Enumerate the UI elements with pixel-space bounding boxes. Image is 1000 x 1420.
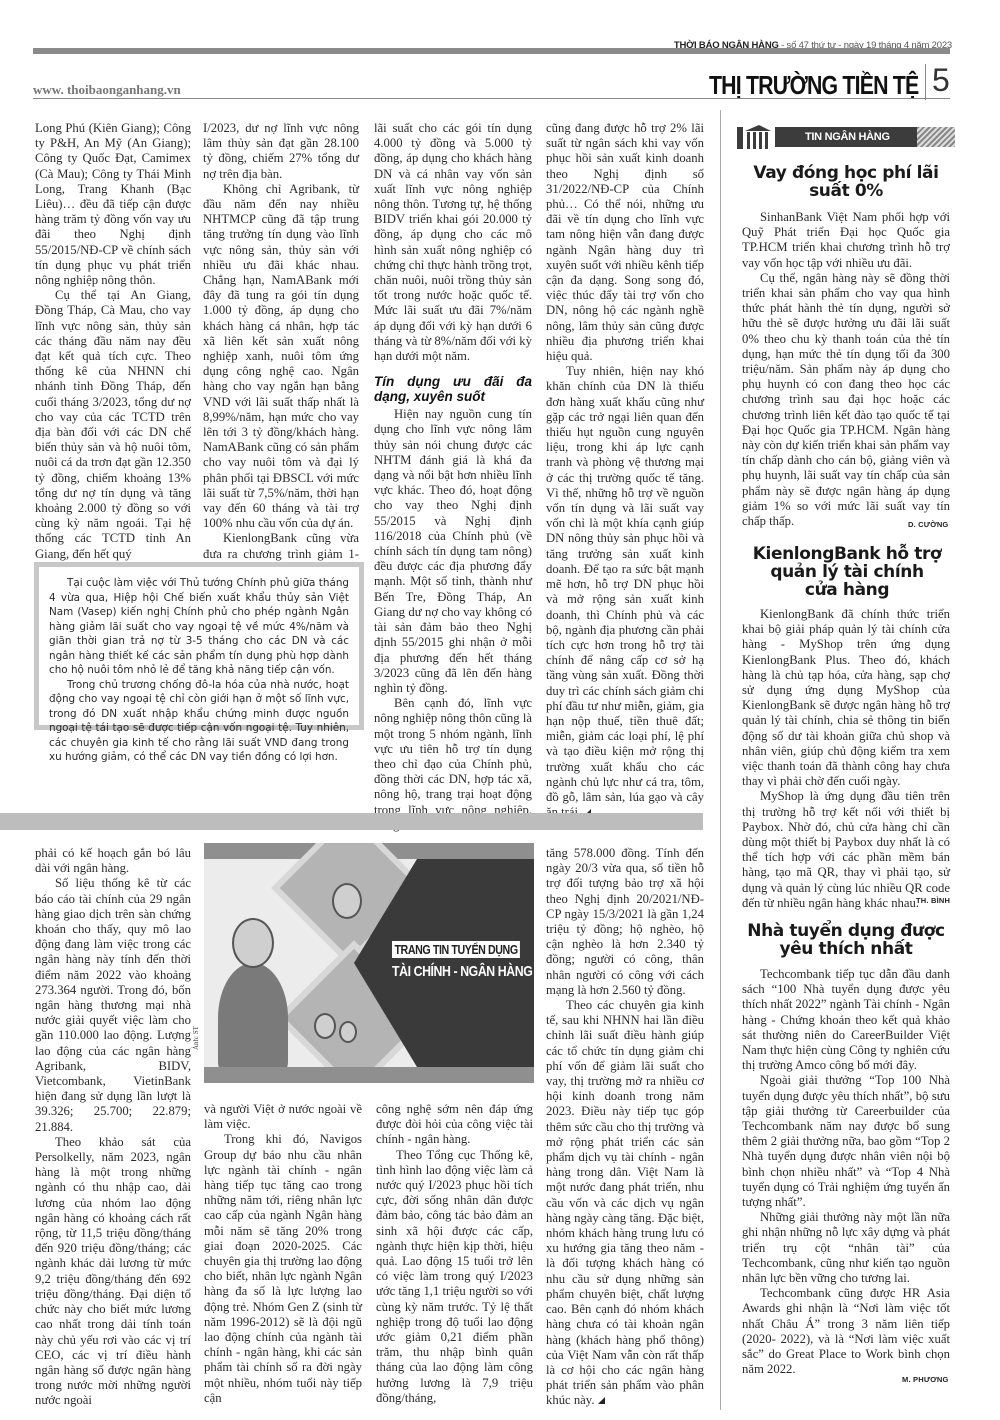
person-head: [314, 1013, 336, 1039]
section-title: THỊ TRƯỜNG TIỀN TỆ: [709, 70, 918, 101]
paragraph: SinhanBank Việt Nam phối hợp với Quỹ Phá…: [742, 210, 950, 271]
byline: D. CƯỜNG: [908, 520, 948, 529]
article-bottom-col-4: tăng 578.000 đồng. Tính đến ngày 20/3 vừ…: [546, 846, 704, 1409]
page-number: 5: [932, 62, 950, 99]
photo-bottom-bar: [204, 1067, 534, 1083]
paragraph: công nghệ sớm nên đáp ứng được đòi hỏi c…: [376, 1102, 533, 1148]
paragraph-text: Theo các chuyên gia kinh tế, sau khi NHN…: [546, 998, 704, 1407]
paragraph: cũng đang được hỗ trợ 2% lãi suất từ ngâ…: [546, 121, 704, 364]
sidebar-headline: Vay đóng học phí lãi suất 0%: [742, 164, 950, 200]
sidebar-story-1: SinhanBank Việt Nam phối hợp với Quỹ Phá…: [742, 210, 950, 529]
article-top-col-1: Long Phú (Kiên Giang); Công ty P&H, An M…: [35, 121, 191, 562]
highlight-box: Tại cuộc làm việc với Thủ tướng Chính ph…: [34, 562, 364, 730]
page-number-divider: [925, 64, 926, 100]
photo-caption-line-1: TRANG TIN TUYỂN DỤNG: [392, 941, 520, 958]
highlight-paragraph: Trong chủ trương chống đô-la hóa của nhà…: [49, 678, 349, 765]
paragraph: phải có kế hoạch gắn bó lâu dài với ngân…: [35, 846, 191, 876]
highlight-paragraph: Tại cuộc làm việc với Thủ tướng Chính ph…: [49, 576, 349, 678]
top-rule: [33, 48, 950, 54]
photo-credit: Ảnh: ST: [192, 1026, 200, 1050]
paragraph: Tuy nhiên, hiện nay khó khăn chính của D…: [546, 364, 704, 820]
paragraph: tăng 578.000 đồng. Tính đến ngày 20/3 vừ…: [546, 846, 704, 998]
paragraph: lãi suất cho các gói tín dụng 4.000 tỷ đ…: [374, 121, 532, 364]
paragraph: KienlongBank đã chính thức triển khai bộ…: [742, 607, 950, 789]
article-bottom-col-1: phải có kế hoạch gắn bó lâu dài với ngân…: [35, 846, 191, 1409]
paragraph: I/2023, dư nợ lĩnh vực nông lâm thủy sản…: [203, 121, 359, 182]
person-head: [232, 918, 274, 968]
header-rule: [33, 98, 950, 99]
article-top-col-2: I/2023, dư nợ lĩnh vực nông lâm thủy sản…: [203, 121, 359, 577]
sidebar-story-2: KienlongBank đã chính thức triển khai bộ…: [742, 607, 950, 911]
section-divider-band: [0, 813, 703, 830]
paragraph: Long Phú (Kiên Giang); Công ty P&H, An M…: [35, 121, 191, 288]
sidebar-divider: [720, 110, 721, 1410]
paragraph: Cụ thể tại An Giang, Đồng Tháp, Cà Mau, …: [35, 288, 191, 562]
paragraph: Techcombank tiếp tục dẫn đầu danh sách “…: [742, 967, 950, 1073]
photo-caption-line-2: TÀI CHÍNH - NGÂN HÀNG: [392, 963, 532, 980]
byline: M. PHƯƠNG: [902, 1375, 949, 1384]
paragraph: Hiện nay nguồn cung tín dụng cho lĩnh vự…: [374, 407, 532, 696]
sidebar-headline: KienlongBank hỗ trợ quản lý tài chính cử…: [752, 545, 942, 599]
banner-hatch-decoration: [917, 127, 955, 147]
person-head: [339, 1021, 357, 1043]
recruitment-photo: TRANG TIN TUYỂN DỤNG TÀI CHÍNH - NGÂN HÀ…: [204, 843, 534, 1083]
paragraph: Techcombank cũng được HR Asia Awards ghi…: [742, 1286, 950, 1377]
person-head: [332, 883, 362, 919]
sidebar-headline: Nhà tuyển dụng được yêu thích nhất: [742, 922, 950, 958]
article-bottom-col-3: công nghệ sớm nên đáp ứng được đòi hỏi c…: [376, 1102, 533, 1406]
sidebar-story-3: Techcombank tiếp tục dẫn đầu danh sách “…: [742, 967, 950, 1377]
bank-building-icon: [737, 123, 771, 149]
paragraph-text: Tuy nhiên, hiện nay khó khăn chính của D…: [546, 364, 704, 819]
article-bottom-col-2: và người Việt ở nước ngoài về làm việc. …: [204, 1102, 362, 1406]
paragraph: Theo khảo sát của Persolkelly, năm 2023,…: [35, 1135, 191, 1409]
article-top-col-3: lãi suất cho các gói tín dụng 4.000 tỷ đ…: [374, 121, 532, 833]
person-figure: [218, 963, 288, 1073]
sidebar-banner: TIN NGÂN HÀNG: [737, 127, 955, 147]
paragraph: và người Việt ở nước ngoài về làm việc.: [204, 1102, 362, 1132]
paragraph: Theo Tổng cục Thống kê, tình hình lao độ…: [376, 1148, 533, 1406]
paragraph: Cụ thể, ngân hàng này sẽ đồng thời triển…: [742, 271, 950, 529]
site-url: www. thoibaonganhang.vn: [33, 82, 181, 98]
paragraph: Những giải thưởng này một lần nữa ghi nh…: [742, 1210, 950, 1286]
article-top-col-4: cũng đang được hỗ trợ 2% lãi suất từ ngâ…: [546, 121, 704, 820]
paragraph: Trong khi đó, Navigos Group dự báo nhu c…: [204, 1132, 362, 1406]
subheading: Tín dụng ưu đãi đa dạng, xuyên suốt: [374, 374, 532, 404]
paragraph: Theo các chuyên gia kinh tế, sau khi NHN…: [546, 998, 704, 1408]
paragraph: MyShop là ứng dụng đầu tiên trên thị trư…: [742, 789, 950, 911]
end-of-article-icon: [598, 1397, 605, 1404]
paragraph: Số liệu thống kê từ các báo cáo tài chín…: [35, 876, 191, 1134]
paragraph: Không chỉ Agribank, từ đầu năm đến nay n…: [203, 182, 359, 532]
paragraph: Ngoài giải thưởng “Top 100 Nhà tuyển dụn…: [742, 1073, 950, 1210]
byline: TH. BÌNH: [916, 896, 950, 905]
